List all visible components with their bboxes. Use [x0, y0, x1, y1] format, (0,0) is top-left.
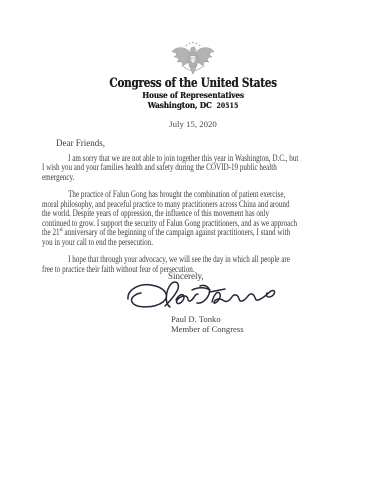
paragraph: I am sorry that we are not able to join … — [42, 154, 382, 182]
letterhead-city: Washington, DC — [148, 101, 212, 111]
letterhead-title: Congress of the United States — [39, 77, 348, 91]
letter-date: July 15, 2020 — [0, 119, 386, 129]
paragraph-line: emergency. — [42, 173, 382, 182]
congress-eagle-seal-icon — [170, 40, 216, 78]
letterhead-address: Washington, DC 20515 — [29, 101, 357, 111]
signature-paul-d-tonko — [124, 278, 280, 314]
letterhead-zip: 20515 — [216, 101, 238, 110]
letter-page: Congress of the United States House of R… — [0, 0, 386, 500]
paragraph-line: free to practice their faith without fea… — [42, 265, 382, 274]
salutation: Dear Friends, — [56, 138, 105, 148]
letter-paragraphs: I am sorry that we are not able to join … — [42, 154, 382, 282]
paragraph: I hope that through your advocacy, we wi… — [42, 255, 382, 274]
paragraph-line: you in your call to end the persecution. — [42, 238, 382, 247]
paragraph-line: I wish you and your families health and … — [42, 163, 382, 172]
signer-title: Member of Congress — [171, 325, 244, 335]
paragraph: The practice of Falun Gong has brought t… — [42, 190, 382, 247]
